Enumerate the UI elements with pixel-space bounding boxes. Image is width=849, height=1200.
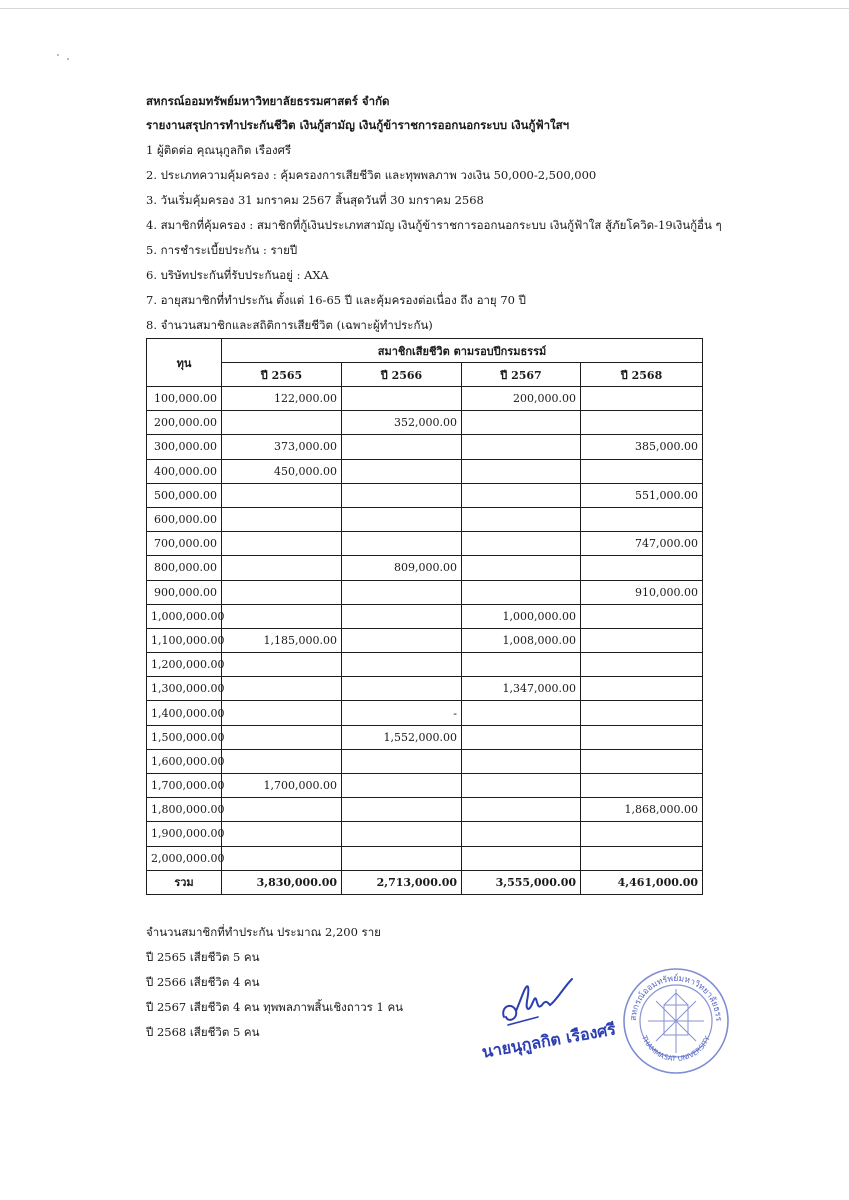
svg-text:สหกรณ์ออมทรัพย์มหาวิทยาลัยธรรม: สหกรณ์ออมทรัพย์มหาวิทยาลัยธรรมศาสตร์ จำก…: [620, 965, 723, 1022]
table-row: 700,000.00747,000.00: [147, 532, 703, 556]
report-title: รายงานสรุปการทำประกันชีวิต เงินกู้สามัญ …: [146, 118, 569, 132]
claim-amount-cell: 1,347,000.00: [462, 677, 581, 701]
total-cell: 2,713,000.00: [342, 870, 462, 894]
claim-amount-cell: 352,000.00: [342, 411, 462, 435]
claim-amount-cell: 1,700,000.00: [222, 774, 342, 798]
claim-amount-cell: 809,000.00: [342, 556, 462, 580]
claim-amount-cell: [462, 749, 581, 773]
table-row: 1,900,000.00: [147, 822, 703, 846]
claim-amount-cell: 122,000.00: [222, 387, 342, 411]
table-row: 400,000.00450,000.00: [147, 459, 703, 483]
claim-amount-cell: [581, 653, 703, 677]
table-row: 200,000.00352,000.00: [147, 411, 703, 435]
claim-amount-cell: 373,000.00: [222, 435, 342, 459]
claim-amount-cell: [581, 387, 703, 411]
table-row: 1,800,000.001,868,000.00: [147, 798, 703, 822]
claim-amount-cell: [222, 798, 342, 822]
sum-insured-cell: 1,000,000.00: [147, 604, 222, 628]
sum-insured-cell: 1,500,000.00: [147, 725, 222, 749]
claim-amount-cell: [462, 483, 581, 507]
claim-amount-cell: [342, 628, 462, 652]
claim-amount-cell: [342, 604, 462, 628]
table-row: 2,000,000.00: [147, 846, 703, 870]
claim-amount-cell: [462, 798, 581, 822]
official-seal-stamp-icon: สหกรณ์ออมทรัพย์มหาวิทยาลัยธรรมศาสตร์ จำก…: [620, 965, 732, 1077]
claim-amount-cell: [462, 774, 581, 798]
claim-amount-cell: [342, 677, 462, 701]
item-premium-payment: 5. การชำระเบี้ยประกัน : รายปี: [146, 243, 297, 257]
table-total-row: รวม 3,830,000.00 2,713,000.00 3,555,000.…: [147, 870, 703, 894]
page-top-edge: [0, 8, 849, 9]
column-header-year: ปี 2566: [342, 363, 462, 387]
claim-amount-cell: [222, 580, 342, 604]
claim-amount-cell: [342, 846, 462, 870]
handwritten-signature-icon: [498, 973, 578, 1033]
signature-block: นายนุกูลกิต เรืองศรี สหกรณ์ออมทรัพย์มหาว…: [480, 965, 730, 1095]
claim-amount-cell: [462, 725, 581, 749]
claim-amount-cell: [222, 701, 342, 725]
note-year-2567: ปี 2567 เสียชีวิต 4 คน ทุพพลภาพสิ้นเชิงถ…: [146, 1000, 403, 1014]
claim-amount-cell: [462, 822, 581, 846]
column-header-sum-insured: ทุน: [147, 339, 222, 387]
sum-insured-cell: 500,000.00: [147, 483, 222, 507]
claim-amount-cell: [581, 604, 703, 628]
sum-insured-cell: 1,400,000.00: [147, 701, 222, 725]
sum-insured-cell: 1,200,000.00: [147, 653, 222, 677]
claim-amount-cell: [222, 411, 342, 435]
sum-insured-cell: 1,900,000.00: [147, 822, 222, 846]
claim-amount-cell: [462, 532, 581, 556]
claim-amount-cell: [342, 580, 462, 604]
item-age-range: 7. อายุสมาชิกที่ทำประกัน ตั้งแต่ 16-65 ป…: [146, 293, 526, 307]
claim-amount-cell: [222, 725, 342, 749]
sum-insured-cell: 100,000.00: [147, 387, 222, 411]
claim-amount-cell: [342, 798, 462, 822]
sum-insured-cell: 2,000,000.00: [147, 846, 222, 870]
claim-amount-cell: [462, 411, 581, 435]
claim-amount-cell: 200,000.00: [462, 387, 581, 411]
claim-amount-cell: [462, 653, 581, 677]
claim-amount-cell: [581, 507, 703, 531]
sum-insured-cell: 1,600,000.00: [147, 749, 222, 773]
claim-amount-cell: [342, 483, 462, 507]
claim-amount-cell: [342, 653, 462, 677]
table-row: 900,000.00910,000.00: [147, 580, 703, 604]
claim-amount-cell: [462, 435, 581, 459]
claim-amount-cell: [222, 653, 342, 677]
sum-insured-cell: 1,300,000.00: [147, 677, 222, 701]
sum-insured-cell: 1,700,000.00: [147, 774, 222, 798]
table-row: 100,000.00122,000.00200,000.00: [147, 387, 703, 411]
claim-amount-cell: [342, 459, 462, 483]
claim-amount-cell: 1,008,000.00: [462, 628, 581, 652]
table-row: 500,000.00551,000.00: [147, 483, 703, 507]
table-row: 1,700,000.001,700,000.00: [147, 774, 703, 798]
claim-amount-cell: [462, 507, 581, 531]
claim-amount-cell: [222, 846, 342, 870]
scan-specks: [55, 52, 75, 64]
total-label: รวม: [147, 870, 222, 894]
sum-insured-cell: 300,000.00: [147, 435, 222, 459]
claim-amount-cell: [581, 749, 703, 773]
claim-amount-cell: 1,552,000.00: [342, 725, 462, 749]
sum-insured-cell: 400,000.00: [147, 459, 222, 483]
claim-amount-cell: [222, 532, 342, 556]
note-member-count: จำนวนสมาชิกที่ทำประกัน ประมาณ 2,200 ราย: [146, 925, 381, 939]
total-cell: 4,461,000.00: [581, 870, 703, 894]
claim-amount-cell: [462, 846, 581, 870]
claim-amount-cell: [342, 532, 462, 556]
item-insurer: 6. บริษัทประกันที่รับประกันอยู่ : AXA: [146, 268, 329, 282]
claim-amount-cell: [342, 435, 462, 459]
claim-amount-cell: [222, 604, 342, 628]
sum-insured-cell: 700,000.00: [147, 532, 222, 556]
column-header-year: ปี 2567: [462, 363, 581, 387]
table-row: 800,000.00809,000.00: [147, 556, 703, 580]
sum-insured-cell: 600,000.00: [147, 507, 222, 531]
claim-amount-cell: [462, 459, 581, 483]
claim-amount-cell: 910,000.00: [581, 580, 703, 604]
claim-amount-cell: [342, 507, 462, 531]
claim-amount-cell: [581, 774, 703, 798]
total-cell: 3,555,000.00: [462, 870, 581, 894]
claim-amount-cell: [222, 822, 342, 846]
column-header-year: ปี 2565: [222, 363, 342, 387]
claim-amount-cell: 1,000,000.00: [462, 604, 581, 628]
claim-amount-cell: [581, 701, 703, 725]
item-statistics-heading: 8. จำนวนสมาชิกและสถิติการเสียชีวิต (เฉพา…: [146, 318, 433, 332]
table-row: 1,300,000.001,347,000.00: [147, 677, 703, 701]
table-row: 1,600,000.00: [147, 749, 703, 773]
claim-amount-cell: [581, 459, 703, 483]
claim-amount-cell: [462, 701, 581, 725]
sum-insured-cell: 800,000.00: [147, 556, 222, 580]
claim-amount-cell: [581, 822, 703, 846]
sum-insured-cell: 200,000.00: [147, 411, 222, 435]
table-header-row: ทุน สมาชิกเสียชีวิต ตามรอบปีกรมธรรม์: [147, 339, 703, 363]
table-row: 600,000.00: [147, 507, 703, 531]
claim-amount-cell: 1,185,000.00: [222, 628, 342, 652]
item-coverage-type: 2. ประเภทความคุ้มครอง : คุ้มครองการเสียช…: [146, 168, 596, 182]
claim-amount-cell: [222, 556, 342, 580]
note-year-2568: ปี 2568 เสียชีวิต 5 คน: [146, 1025, 259, 1039]
table-row: 1,200,000.00: [147, 653, 703, 677]
claim-amount-cell: [581, 411, 703, 435]
claim-amount-cell: 385,000.00: [581, 435, 703, 459]
item-covered-members: 4. สมาชิกที่คุ้มครอง : สมาชิกที่กู้เงินป…: [146, 218, 722, 232]
claim-amount-cell: [581, 677, 703, 701]
claim-amount-cell: [581, 846, 703, 870]
note-year-2566: ปี 2566 เสียชีวิต 4 คน: [146, 975, 259, 989]
claim-amount-cell: [581, 628, 703, 652]
claim-amount-cell: [222, 749, 342, 773]
group-header-deaths-by-year: สมาชิกเสียชีวิต ตามรอบปีกรมธรรม์: [222, 339, 703, 363]
death-claims-table: ทุน สมาชิกเสียชีวิต ตามรอบปีกรมธรรม์ ปี …: [146, 338, 703, 895]
table-year-header-row: ปี 2565 ปี 2566 ปี 2567 ปี 2568: [147, 363, 703, 387]
claim-amount-cell: [581, 556, 703, 580]
claim-amount-cell: [342, 387, 462, 411]
claim-amount-cell: [462, 556, 581, 580]
sum-insured-cell: 900,000.00: [147, 580, 222, 604]
claim-amount-cell: 551,000.00: [581, 483, 703, 507]
item-contact: 1 ผู้ติดต่อ คุณนุกูลกิต เรืองศรี: [146, 143, 291, 157]
claim-amount-cell: [342, 822, 462, 846]
claim-amount-cell: 747,000.00: [581, 532, 703, 556]
sum-insured-cell: 1,800,000.00: [147, 798, 222, 822]
claim-amount-cell: [581, 725, 703, 749]
table-row: 300,000.00373,000.00385,000.00: [147, 435, 703, 459]
claim-amount-cell: [222, 677, 342, 701]
total-cell: 3,830,000.00: [222, 870, 342, 894]
claim-amount-cell: [222, 507, 342, 531]
claim-amount-cell: [342, 774, 462, 798]
note-year-2565: ปี 2565 เสียชีวิต 5 คน: [146, 950, 259, 964]
sum-insured-cell: 1,100,000.00: [147, 628, 222, 652]
claim-amount-cell: -: [342, 701, 462, 725]
column-header-year: ปี 2568: [581, 363, 703, 387]
claim-amount-cell: 1,868,000.00: [581, 798, 703, 822]
table-row: 1,400,000.00-: [147, 701, 703, 725]
organization-name: สหกรณ์ออมทรัพย์มหาวิทยาลัยธรรมศาสตร์ จำก…: [146, 94, 390, 108]
claim-amount-cell: [342, 749, 462, 773]
item-coverage-period: 3. วันเริ่มคุ้มครอง 31 มกราคม 2567 สิ้นส…: [146, 193, 484, 207]
claim-amount-cell: [462, 580, 581, 604]
table-row: 1,000,000.001,000,000.00: [147, 604, 703, 628]
claim-amount-cell: 450,000.00: [222, 459, 342, 483]
claim-amount-cell: [222, 483, 342, 507]
table-row: 1,500,000.001,552,000.00: [147, 725, 703, 749]
table-row: 1,100,000.001,185,000.001,008,000.00: [147, 628, 703, 652]
